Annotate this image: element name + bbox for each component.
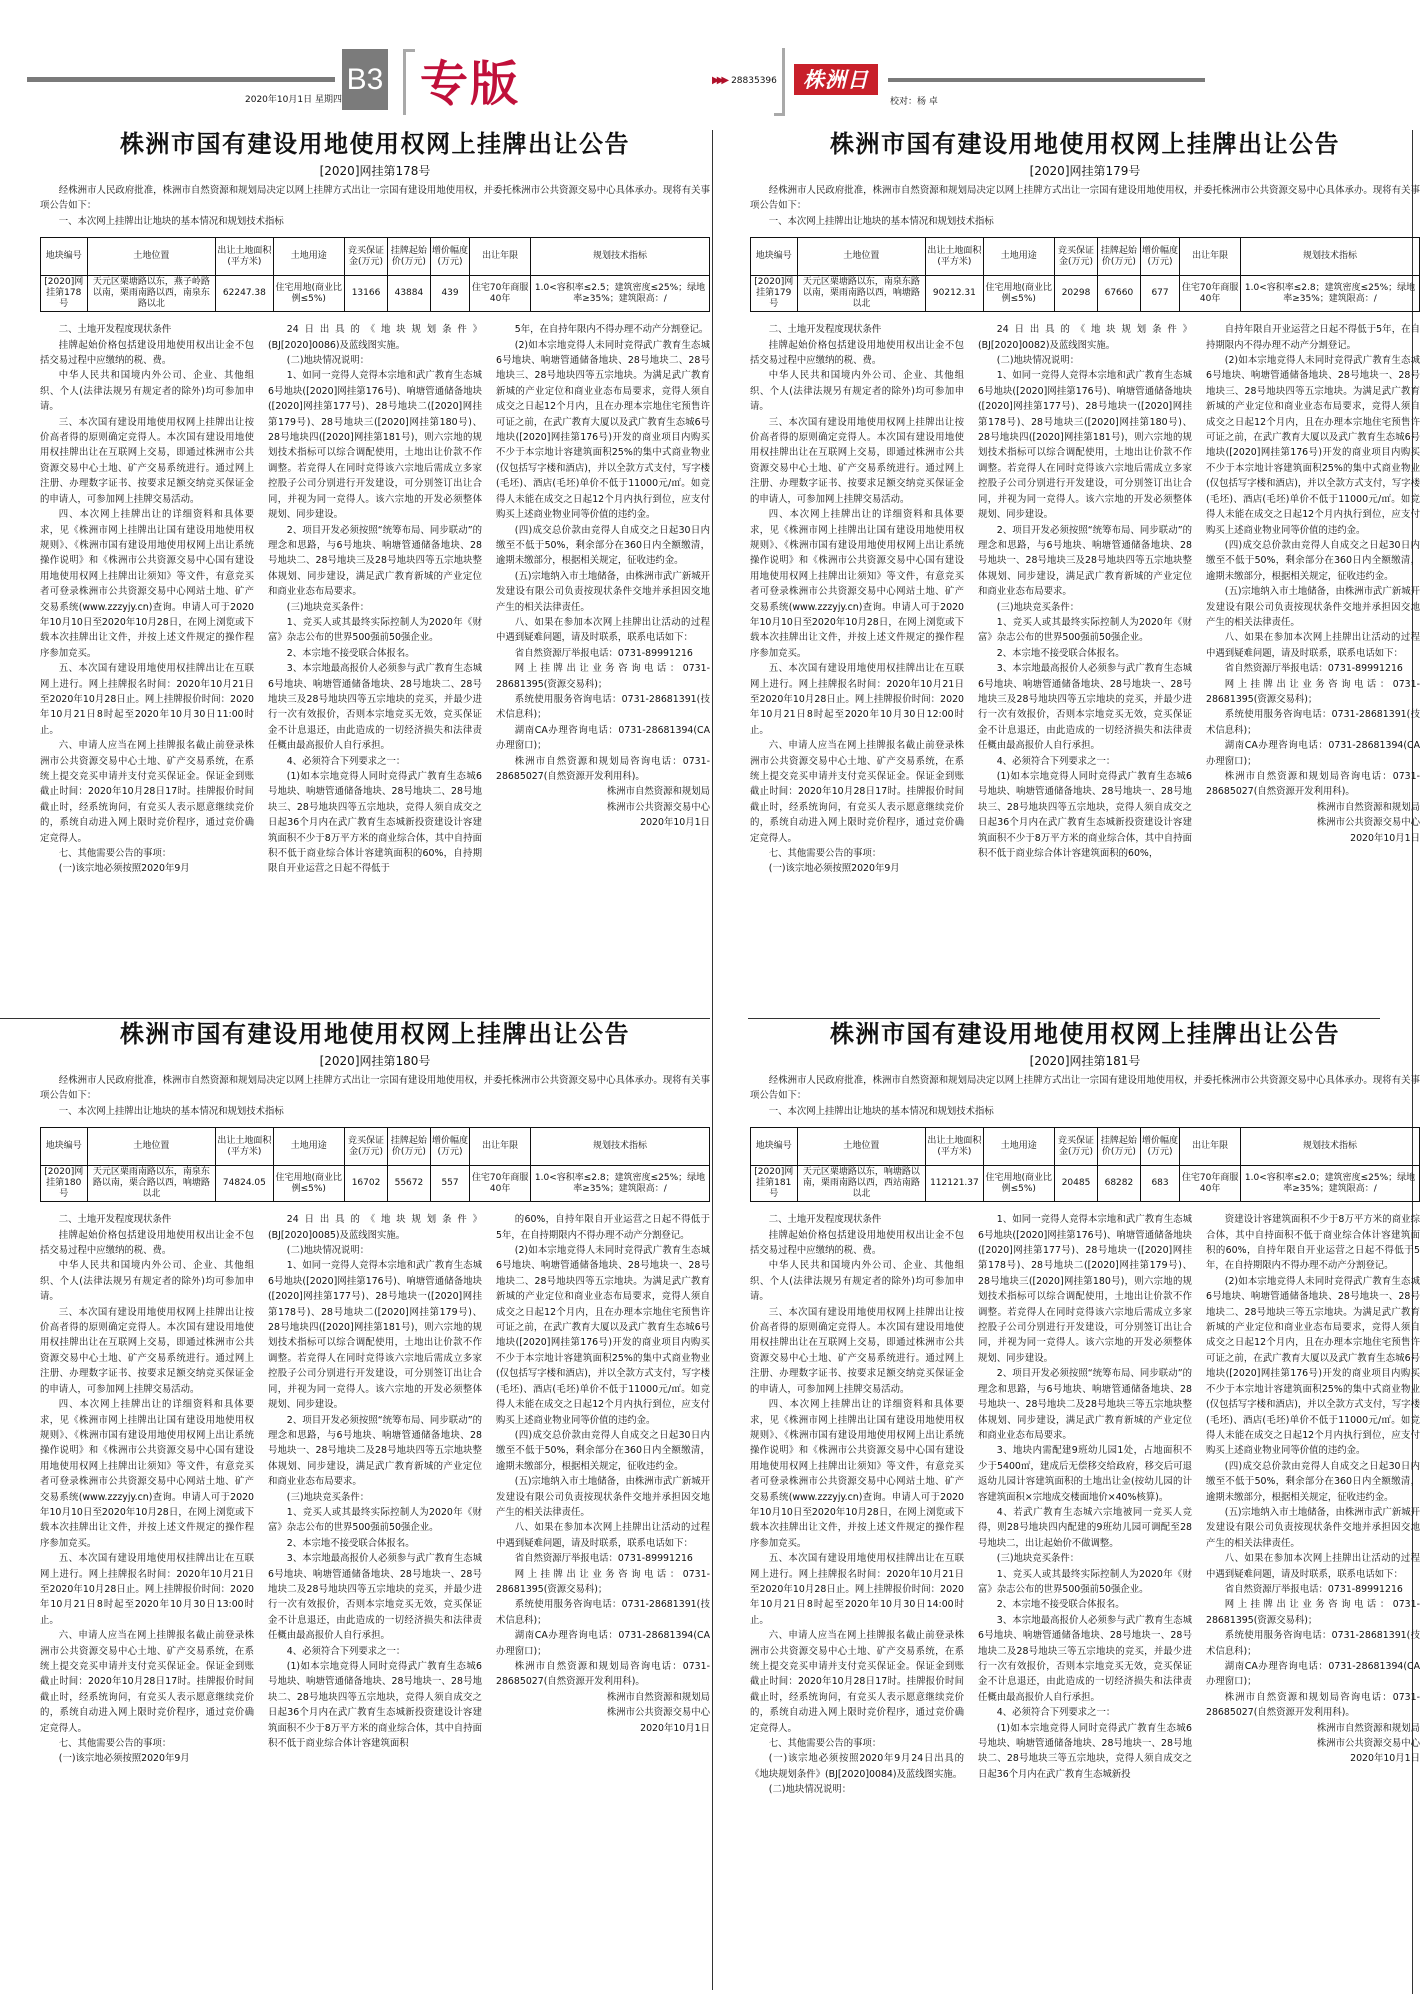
paragraph: 七、其他需要公告的事项： — [40, 1736, 254, 1751]
paragraph: 中华人民共和国境内外公司、企业、其他组织、个人(法律法规另有规定者的除外)均可参… — [40, 368, 254, 414]
table-cell: 住宅70年商服40年 — [470, 1166, 531, 1202]
table-cell: 683 — [1140, 1166, 1179, 1202]
body-column: 24日出具的《地块规划条件》(BJ[2020]0082)及蓝线图实施。(二)地块… — [978, 322, 1192, 877]
paragraph: (二)地块情况说明： — [268, 1243, 482, 1258]
table-cell: 住宅用地(商业比例≤5%) — [983, 276, 1055, 312]
table-header-cell: 土地用途 — [983, 238, 1055, 276]
paragraph: 六、申请人应当在网上挂牌报名截止前登录株洲市公共资源交易中心土地、矿产交易系统，… — [40, 738, 254, 846]
paragraph: (一)该宗地必须按照2020年9月 — [750, 861, 964, 876]
notice-intro: 经株洲市人民政府批准，株洲市自然资源和规划局决定以网上挂牌方式出让一宗国有建设用… — [40, 183, 710, 214]
body-column: 1、如同一竞得人竞得本宗地和武广教育生态城6号地块([2020]网挂第176号)… — [978, 1212, 1192, 1797]
paragraph: (三)地块竞买条件： — [268, 1490, 482, 1505]
body-column: 二、土地开发程度现状条件挂牌起始价格包括建设用地使用权出让金不包括交易过程中应缴… — [40, 322, 254, 877]
table-header-cell: 土地用途 — [273, 1128, 345, 1166]
paragraph: (一)该宗地必须按照2020年9月 — [40, 861, 254, 876]
paragraph: 五、本次国有建设用地使用权挂牌出让在互联网上进行。网上挂牌报名时间：2020年1… — [40, 1551, 254, 1628]
horizontal-divider-right — [748, 1018, 1380, 1019]
paragraph: 2、本宗地不接受联合体报名。 — [978, 1597, 1192, 1612]
masthead: 2020年10月1日 星期四 B3 专版 ▶▶▶ 28835396 株洲日报 校… — [0, 0, 1420, 130]
table-cell: 13166 — [345, 276, 388, 312]
section-heading: 一、本次网上挂牌出让地块的基本情况和规划技术指标 — [750, 1104, 1420, 1119]
paragraph: 2、本宗地不接受联合体报名。 — [268, 646, 482, 661]
land-parcel-table: 地块编号土地位置出让土地面积(平方米)土地用途竞买保证金(万元)挂牌起始价(万元… — [750, 237, 1420, 312]
table-header-cell: 竞买保证金(万元) — [345, 238, 388, 276]
body-columns: 二、土地开发程度现状条件挂牌起始价格包括建设用地使用权出让金不包括交易过程中应缴… — [40, 322, 710, 877]
table-cell: 16702 — [345, 1166, 388, 1202]
signature-line: 株洲市公共资源交易中心 — [1206, 1736, 1420, 1751]
table-header-cell: 增价幅度(万元) — [430, 1128, 469, 1166]
table-header-cell: 土地位置 — [797, 1128, 926, 1166]
masthead-rule-right — [888, 78, 1205, 82]
paragraph: 七、其他需要公告的事项： — [40, 846, 254, 861]
signature-line: 株洲市自然资源和规划局 — [1206, 1721, 1420, 1736]
body-column: 资建设计容建筑面积不少于8万平方米的商业综合体，其中自持面积不低于商业综合体计容… — [1206, 1212, 1420, 1797]
paragraph: 系统使用服务咨询电话：0731-28681391(技术信息科)； — [496, 692, 710, 723]
paragraph: 株洲市自然资源和规划局咨询电话：0731-28685027(自然资源开发利用科)… — [496, 1659, 710, 1690]
table-cell: 1.0<容积率≤2.8；建筑密度≤25%；绿地率≥35%；建筑限高：/ — [1241, 276, 1420, 312]
notice-title: 株洲市国有建设用地使用权网上挂牌出让公告 — [750, 1020, 1420, 1050]
body-column: 24日出具的《地块规划条件》(BJ[2020]0085)及蓝线图实施。(二)地块… — [268, 1212, 482, 1767]
paragraph: (2)如本宗地竞得人未同时竞得武广教育生态城6号地块、响塘管通储备地块、28号地… — [1206, 1274, 1420, 1459]
paragraph: 2、项目开发必须按照“统筹布局、同步联动”的理念和思路，与6号地块、响塘管通储备… — [268, 1413, 482, 1490]
notice-number: [2020]网挂第181号 — [750, 1053, 1420, 1069]
paragraph: 省自然资源厅举报电话：0731-89991216 — [1206, 661, 1420, 676]
table-cell: 62247.38 — [216, 276, 273, 312]
paragraph: 2、项目开发必须按照“统筹布局、同步联动”的理念和思路，与6号地块、响塘管通储备… — [978, 1366, 1192, 1443]
paragraph: (五)宗地纳入市土地储备，由株洲市武广新城开发建设有限公司负责按现状条件交地并承… — [1206, 584, 1420, 630]
issue-date: 2020年10月1日 星期四 — [245, 92, 342, 105]
paragraph: 3、本宗地最高报价人必须参与武广教育生态城6号地块、响塘管通储备地块、28号地块… — [978, 661, 1192, 753]
paragraph: (五)宗地纳入市土地储备，由株洲市武广新城开发建设有限公司负责按现状条件交地并承… — [496, 1474, 710, 1520]
paragraph: (三)地块竞买条件： — [268, 600, 482, 615]
table-header-cell: 地块编号 — [41, 1128, 88, 1166]
table-header-cell: 出让年限 — [470, 238, 531, 276]
table-cell: [2020]网挂第179号 — [751, 276, 798, 312]
paragraph: (1)如本宗地竞得人同时竞得武广教育生态城6号地块、响塘管通储备地块、28号地块… — [978, 1721, 1192, 1783]
table-cell: 439 — [430, 276, 469, 312]
table-cell: 55672 — [387, 1166, 430, 1202]
notice-intro: 经株洲市人民政府批准，株洲市自然资源和规划局决定以网上挂牌方式出让一宗国有建设用… — [750, 1073, 1420, 1104]
table-row: [2020]网挂第181号天元区栗塘路以东，响塘路以南，栗雨南路以西，西站南路以… — [751, 1166, 1420, 1202]
paragraph: 1、如同一竞得人竞得本宗地和武广教育生态城6号地块([2020]网挂第176号)… — [978, 368, 1192, 522]
body-column: 二、土地开发程度现状条件挂牌起始价格包括建设用地使用权出让金不包括交易过程中应缴… — [40, 1212, 254, 1767]
paragraph: 湖南CA办理咨询电话：0731-28681394(CA办理窗口)； — [1206, 1659, 1420, 1690]
signature-line: 株洲市公共资源交易中心 — [496, 1705, 710, 1720]
paragraph: (1)如本宗地竞得人同时竞得武广教育生态城6号地块、响塘管通储备地块、28号地块… — [268, 769, 482, 877]
table-header-cell: 规划技术指标 — [531, 1128, 710, 1166]
table-header-cell: 增价幅度(万元) — [430, 238, 469, 276]
body-column: 的60%，自持年限自开业运营之日起不得低于5年，在自持期限内不得办理不动产分割登… — [496, 1212, 710, 1767]
table-row: [2020]网挂第179号天元区栗塘路以东，南泉东路以南，栗雨南路以西，响塘路以… — [751, 276, 1420, 312]
paragraph: 5年，在自持年限内不得办理不动产分割登记。 — [496, 322, 710, 337]
signature-line: 株洲市公共资源交易中心 — [496, 800, 710, 815]
table-header-cell: 出让土地面积(平方米) — [926, 1128, 983, 1166]
paragraph: 1、如同一竞得人竞得本宗地和武广教育生态城6号地块([2020]网挂第176号)… — [978, 1212, 1192, 1366]
table-header-cell: 出让土地面积(平方米) — [216, 1128, 273, 1166]
paragraph: 二、土地开发程度现状条件 — [40, 1212, 254, 1227]
table-header-cell: 竞买保证金(万元) — [1055, 1128, 1098, 1166]
table-cell: 20485 — [1055, 1166, 1098, 1202]
paragraph: (2)如本宗地竞得人未同时竞得武广教育生态城6号地块、响塘管通储备地块、28号地… — [496, 338, 710, 523]
table-cell: 67660 — [1097, 276, 1140, 312]
paragraph: 八、如果在参加本次网上挂牌出让活动的过程中遇到疑难问题，请及时联系，联系电话如下… — [496, 1520, 710, 1551]
notice-179: 株洲市国有建设用地使用权网上挂牌出让公告 [2020]网挂第179号 经株洲市人… — [750, 130, 1420, 877]
table-cell: 住宅70年商服40年 — [1180, 276, 1241, 312]
paragraph: (2)如本宗地竞得人未同时竞得武广教育生态城6号地块、响塘管通储备地块、28号地… — [496, 1243, 710, 1428]
paragraph: (五)宗地纳入市土地储备，由株洲市武广新城开发建设有限公司负责按现状条件交地并承… — [1206, 1505, 1420, 1551]
paragraph: 三、本次国有建设用地使用权网上挂牌出让按价高者得的原则确定竞得人。本次国有建设用… — [40, 1305, 254, 1397]
table-header-cell: 挂牌起始价(万元) — [1097, 1128, 1140, 1166]
notice-title: 株洲市国有建设用地使用权网上挂牌出让公告 — [750, 130, 1420, 160]
paragraph: 中华人民共和国境内外公司、企业、其他组织、个人(法律法规另有规定者的除外)均可参… — [750, 1258, 964, 1304]
table-cell: 1.0<容积率≤2.0；建筑密度≤25%；绿地率≥35%；建筑限高：/ — [1241, 1166, 1420, 1202]
paragraph: 网上挂牌出让业务咨询电话：0731-28681395(资源交易科)； — [496, 661, 710, 692]
paragraph: 1、竞买人或其最终实际控制人为2020年《财富》杂志公布的世界500强前50强企… — [978, 615, 1192, 646]
paragraph: 挂牌起始价格包括建设用地使用权出让金不包括交易过程中应缴纳的税、费。 — [750, 338, 964, 369]
paragraph: 2、本宗地不接受联合体报名。 — [268, 1536, 482, 1551]
table-header-cell: 规划技术指标 — [1241, 1128, 1420, 1166]
paragraph: 七、其他需要公告的事项： — [750, 1736, 964, 1751]
land-parcel-table: 地块编号土地位置出让土地面积(平方米)土地用途竞买保证金(万元)挂牌起始价(万元… — [40, 1127, 710, 1202]
paragraph: (二)地块情况说明： — [750, 1782, 964, 1797]
paragraph: 四、本次网上挂牌出让的详细资料和具体要求，见《株洲市网上挂牌出让国有建设用地使用… — [750, 507, 964, 661]
paragraph: (1)如本宗地竞得人同时竞得武广教育生态城6号地块、响塘管通储备地块、28号地块… — [268, 1659, 482, 1751]
paragraph: 中华人民共和国境内外公司、企业、其他组织、个人(法律法规另有规定者的除外)均可参… — [40, 1258, 254, 1304]
paragraph: 2、项目开发必须按照“统筹布局、同步联动”的理念和思路，与6号地块、响塘管通储备… — [978, 523, 1192, 600]
body-columns: 二、土地开发程度现状条件挂牌起始价格包括建设用地使用权出让金不包括交易过程中应缴… — [750, 322, 1420, 877]
signature-line: 株洲市自然资源和规划局 — [496, 784, 710, 799]
table-header-cell: 规划技术指标 — [1241, 238, 1420, 276]
table-header-cell: 地块编号 — [751, 1128, 798, 1166]
signature-line: 2020年10月1日 — [496, 1721, 710, 1736]
paragraph: 三、本次国有建设用地使用权网上挂牌出让按价高者得的原则确定竞得人。本次国有建设用… — [40, 415, 254, 507]
table-cell: 557 — [430, 1166, 469, 1202]
notice-number: [2020]网挂第180号 — [40, 1053, 710, 1069]
paragraph: 四、本次网上挂牌出让的详细资料和具体要求，见《株洲市网上挂牌出让国有建设用地使用… — [40, 507, 254, 661]
signature-line: 2020年10月1日 — [496, 815, 710, 830]
table-header-cell: 挂牌起始价(万元) — [387, 238, 430, 276]
paragraph: 六、申请人应当在网上挂牌报名截止前登录株洲市公共资源交易中心土地、矿产交易系统，… — [40, 1628, 254, 1736]
paragraph: 省自然资源厅举报电话：0731-89991216 — [496, 1551, 710, 1566]
paragraph: 株洲市自然资源和规划局咨询电话：0731-28685027(自然资源开发利用科)… — [1206, 769, 1420, 800]
paragraph: 4、若武广教育生态城六宗地被同一竞买人竞得，则28号地块四内配建的9班幼儿园可调… — [978, 1505, 1192, 1551]
signature-line: 株洲市自然资源和规划局 — [1206, 800, 1420, 815]
paragraph: (三)地块竞买条件： — [978, 600, 1192, 615]
table-cell: 68282 — [1097, 1166, 1140, 1202]
paragraph: 系统使用服务咨询电话：0731-28681391(技术信息科)； — [1206, 1628, 1420, 1659]
section-heading: 一、本次网上挂牌出让地块的基本情况和规划技术指标 — [750, 214, 1420, 229]
paragraph: 网上挂牌出让业务咨询电话：0731-28681395(资源交易科)； — [496, 1567, 710, 1598]
paragraph: 五、本次国有建设用地使用权挂牌出让在互联网上进行。网上挂牌报名时间：2020年1… — [750, 661, 964, 738]
section-heading: 一、本次网上挂牌出让地块的基本情况和规划技术指标 — [40, 1104, 710, 1119]
paragraph: (一)该宗地必须按照2020年9月24日出具的《地块规划条件》(BJ[2020]… — [750, 1751, 964, 1782]
table-header-cell: 土地用途 — [983, 1128, 1055, 1166]
paragraph: 的60%，自持年限自开业运营之日起不得低于5年，在自持期限内不得办理不动产分割登… — [496, 1212, 710, 1243]
paragraph: 湖南CA办理咨询电话：0731-28681394(CA办理窗口)； — [496, 1628, 710, 1659]
paragraph: 2、本宗地不接受联合体报名。 — [978, 646, 1192, 661]
paragraph: 湖南CA办理咨询电话：0731-28681394(CA办理窗口)； — [496, 723, 710, 754]
paragraph: 挂牌起始价格包括建设用地使用权出让金不包括交易过程中应缴纳的税、费。 — [40, 1228, 254, 1259]
table-header-cell: 土地位置 — [797, 238, 926, 276]
paragraph: 系统使用服务咨询电话：0731-28681391(技术信息科)； — [496, 1597, 710, 1628]
paragraph: 挂牌起始价格包括建设用地使用权出让金不包括交易过程中应缴纳的税、费。 — [40, 338, 254, 369]
paragraph: 六、申请人应当在网上挂牌报名截止前登录株洲市公共资源交易中心土地、矿产交易系统，… — [750, 1628, 964, 1736]
paragraph: 1、竞买人或其最终实际控制人为2020年《财富》杂志公布的世界500强前50强企… — [268, 615, 482, 646]
table-cell: 90212.31 — [926, 276, 983, 312]
signature-line: 2020年10月1日 — [1206, 831, 1420, 846]
table-header-cell: 增价幅度(万元) — [1140, 1128, 1179, 1166]
paragraph: 二、土地开发程度现状条件 — [750, 1212, 964, 1227]
notice-title: 株洲市国有建设用地使用权网上挂牌出让公告 — [40, 130, 710, 160]
paragraph: 资建设计容建筑面积不少于8万平方米的商业综合体，其中自持面积不低于商业综合体计容… — [1206, 1212, 1420, 1274]
hotline: ▶▶▶ 28835396 — [712, 75, 777, 86]
paragraph: (三)地块竞买条件： — [978, 1551, 1192, 1566]
table-header-row: 地块编号土地位置出让土地面积(平方米)土地用途竞买保证金(万元)挂牌起始价(万元… — [41, 1128, 710, 1166]
table-cell: 43884 — [387, 276, 430, 312]
paragraph: 三、本次国有建设用地使用权网上挂牌出让按价高者得的原则确定竞得人。本次国有建设用… — [750, 415, 964, 507]
table-header-cell: 地块编号 — [41, 238, 88, 276]
table-header-cell: 土地位置 — [87, 1128, 216, 1166]
table-cell: 天元区栗塘路以东，燕子岭路以南，栗雨南路以西，南泉东路以北 — [87, 276, 216, 312]
bracket-left-decoration — [403, 49, 415, 115]
table-row: [2020]网挂第178号天元区栗塘路以东，燕子岭路以南，栗雨南路以西，南泉东路… — [41, 276, 710, 312]
notice-178: 株洲市国有建设用地使用权网上挂牌出让公告 [2020]网挂第178号 经株洲市人… — [40, 130, 710, 877]
paragraph: 二、土地开发程度现状条件 — [750, 322, 964, 337]
paragraph: 3、本宗地最高报价人必须参与武广教育生态城6号地块、响塘管通储备地块、28号地块… — [268, 1551, 482, 1643]
paragraph: (2)如本宗地竞得人未同时竞得武广教育生态城6号地块、响塘管通储备地块、28号地… — [1206, 353, 1420, 538]
proofreader-credit: 校对：杨 卓 — [890, 94, 938, 107]
notice-180: 株洲市国有建设用地使用权网上挂牌出让公告 [2020]网挂第180号 经株洲市人… — [40, 1020, 710, 1767]
paragraph: 4、必须符合下列要求之一： — [268, 1644, 482, 1659]
table-header-cell: 地块编号 — [751, 238, 798, 276]
paragraph: 4、必须符合下列要求之一： — [978, 1705, 1192, 1720]
table-cell: 1.0<容积率≤2.5；建筑密度≤25%；绿地率≥35%；建筑限高：/ — [531, 276, 710, 312]
notice-intro: 经株洲市人民政府批准，株洲市自然资源和规划局决定以网上挂牌方式出让一宗国有建设用… — [750, 183, 1420, 214]
table-cell: 74824.05 — [216, 1166, 273, 1202]
paragraph: (四)成交总价款由竞得人自成交之日起30日内缴至不低于50%，剩余部分在360日… — [496, 1428, 710, 1474]
signature-line: 2020年10月1日 — [1206, 1751, 1420, 1766]
table-header-cell: 出让年限 — [1180, 238, 1241, 276]
notice-181: 株洲市国有建设用地使用权网上挂牌出让公告 [2020]网挂第181号 经株洲市人… — [750, 1020, 1420, 1798]
table-row: [2020]网挂第180号天元区栗雨南路以东，南泉东路以南，栗合路以西，响塘路以… — [41, 1166, 710, 1202]
table-cell: 住宅用地(商业比例≤5%) — [983, 1166, 1055, 1202]
vertical-divider — [712, 130, 713, 1990]
page-number-badge: B3 — [342, 49, 388, 110]
table-header-cell: 出让年限 — [1180, 1128, 1241, 1166]
body-column: 24日出具的《地块规划条件》(BJ[2020]0086)及蓝线图实施。(二)地块… — [268, 322, 482, 877]
table-cell: 住宅用地(商业比例≤5%) — [273, 276, 345, 312]
paragraph: (一)该宗地必须按照2020年9月 — [40, 1751, 254, 1766]
triple-arrow-icon: ▶▶▶ — [712, 75, 726, 86]
table-header-cell: 规划技术指标 — [531, 238, 710, 276]
paragraph: 株洲市自然资源和规划局咨询电话：0731-28685027(自然资源开发利用科)… — [496, 754, 710, 785]
notice-number: [2020]网挂第179号 — [750, 163, 1420, 179]
table-cell: [2020]网挂第180号 — [41, 1166, 88, 1202]
table-cell: [2020]网挂第178号 — [41, 276, 88, 312]
paragraph: 24日出具的《地块规划条件》(BJ[2020]0086)及蓝线图实施。 — [268, 322, 482, 353]
paragraph: 系统使用服务咨询电话：0731-28681391(技术信息科)； — [1206, 707, 1420, 738]
paragraph: 1、竞买人或其最终实际控制人为2020年《财富》杂志公布的世界500强前50强企… — [268, 1505, 482, 1536]
paragraph: 湖南CA办理咨询电话：0731-28681394(CA办理窗口)； — [1206, 738, 1420, 769]
body-column: 二、土地开发程度现状条件挂牌起始价格包括建设用地使用权出让金不包括交易过程中应缴… — [750, 1212, 964, 1797]
paragraph: 八、如果在参加本次网上挂牌出让活动的过程中遇到疑难问题，请及时联系，联系电话如下… — [496, 615, 710, 646]
paragraph: 1、竞买人或其最终实际控制人为2020年《财富》杂志公布的世界500强前50强企… — [978, 1567, 1192, 1598]
body-column: 5年，在自持年限内不得办理不动产分割登记。(2)如本宗地竞得人未同时竞得武广教育… — [496, 322, 710, 877]
paragraph: 4、必须符合下列要求之一： — [268, 754, 482, 769]
table-cell: 住宅70年商服40年 — [1180, 1166, 1241, 1202]
table-header-row: 地块编号土地位置出让土地面积(平方米)土地用途竞买保证金(万元)挂牌起始价(万元… — [41, 238, 710, 276]
paragraph: 四、本次网上挂牌出让的详细资料和具体要求，见《株洲市网上挂牌出让国有建设用地使用… — [40, 1397, 254, 1551]
body-columns: 二、土地开发程度现状条件挂牌起始价格包括建设用地使用权出让金不包括交易过程中应缴… — [750, 1212, 1420, 1797]
table-header-cell: 挂牌起始价(万元) — [1097, 238, 1140, 276]
land-parcel-table: 地块编号土地位置出让土地面积(平方米)土地用途竞买保证金(万元)挂牌起始价(万元… — [40, 237, 710, 312]
table-header-cell: 竞买保证金(万元) — [345, 1128, 388, 1166]
table-header-cell: 出让土地面积(平方米) — [926, 238, 983, 276]
paragraph: 六、申请人应当在网上挂牌报名截止前登录株洲市公共资源交易中心土地、矿产交易系统，… — [750, 738, 964, 846]
table-cell: 天元区栗雨南路以东，南泉东路以南，栗合路以西，响塘路以北 — [87, 1166, 216, 1202]
paragraph: 五、本次国有建设用地使用权挂牌出让在互联网上进行。网上挂牌报名时间：2020年1… — [40, 661, 254, 738]
horizontal-divider-left — [0, 1018, 710, 1019]
paragraph: 挂牌起始价格包括建设用地使用权出让金不包括交易过程中应缴纳的税、费。 — [750, 1228, 964, 1259]
table-header-cell: 出让年限 — [470, 1128, 531, 1166]
section-title: 专版 — [420, 45, 520, 114]
paragraph: (四)成交总价款由竞得人自成交之日起30日内缴至不低于50%，剩余部分在360日… — [1206, 1459, 1420, 1505]
paragraph: 3、本宗地最高报价人必须参与武广教育生态城6号地块、响塘管通储备地块、28号地块… — [978, 1613, 1192, 1705]
table-cell: 112121.37 — [926, 1166, 983, 1202]
paragraph: 3、本宗地最高报价人必须参与武广教育生态城6号地块、响塘管通储备地块、28号地块… — [268, 661, 482, 753]
table-header-cell: 土地位置 — [87, 238, 216, 276]
paragraph: 2、项目开发必须按照“统筹布局、同步联动”的理念和思路，与6号地块、响塘管通储备… — [268, 523, 482, 600]
paragraph: 八、如果在参加本次网上挂牌出让活动的过程中遇到疑难问题，请及时联系，联系电话如下… — [1206, 630, 1420, 661]
paragraph: (二)地块情况说明： — [978, 353, 1192, 368]
paragraph: 自持年限自开业运营之日起不得低于5年，在自持期限内不得办理不动产分割登记。 — [1206, 322, 1420, 353]
paragraph: 五、本次国有建设用地使用权挂牌出让在互联网上进行。网上挂牌报名时间：2020年1… — [750, 1551, 964, 1628]
paragraph: 三、本次国有建设用地使用权网上挂牌出让按价高者得的原则确定竞得人。本次国有建设用… — [750, 1305, 964, 1397]
paragraph: 七、其他需要公告的事项： — [750, 846, 964, 861]
paragraph: 4、必须符合下列要求之一： — [978, 754, 1192, 769]
table-cell: 天元区栗塘路以东，南泉东路以南，栗雨南路以西，响塘路以北 — [797, 276, 926, 312]
paragraph: 株洲市自然资源和规划局咨询电话：0731-28685027(自然资源开发利用科)… — [1206, 1690, 1420, 1721]
paragraph: 中华人民共和国境内外公司、企业、其他组织、个人(法律法规另有规定者的除外)均可参… — [750, 368, 964, 414]
body-column: 二、土地开发程度现状条件挂牌起始价格包括建设用地使用权出让金不包括交易过程中应缴… — [750, 322, 964, 877]
paragraph: 二、土地开发程度现状条件 — [40, 322, 254, 337]
notice-intro: 经株洲市人民政府批准，株洲市自然资源和规划局决定以网上挂牌方式出让一宗国有建设用… — [40, 1073, 710, 1104]
table-header-cell: 出让土地面积(平方米) — [216, 238, 273, 276]
table-header-cell: 土地用途 — [273, 238, 345, 276]
table-cell: 住宅70年商服40年 — [470, 276, 531, 312]
paragraph: (五)宗地纳入市土地储备，由株洲市武广新城开发建设有限公司负责按现状条件交地并承… — [496, 569, 710, 615]
masthead-rule-left — [27, 77, 335, 82]
paragraph: 网上挂牌出让业务咨询电话：0731-28681395(资源交易科)； — [1206, 677, 1420, 708]
notice-number: [2020]网挂第178号 — [40, 163, 710, 179]
table-cell: 677 — [1140, 276, 1179, 312]
paragraph: 省自然资源厅举报电话：0731-89991216 — [496, 646, 710, 661]
paragraph: (1)如本宗地竞得人同时竞得武广教育生态城6号地块、响塘管通储备地块、28号地块… — [978, 769, 1192, 861]
paragraph: 四、本次网上挂牌出让的详细资料和具体要求，见《株洲市网上挂牌出让国有建设用地使用… — [750, 1397, 964, 1551]
body-column: 自持年限自开业运营之日起不得低于5年，在自持期限内不得办理不动产分割登记。(2)… — [1206, 322, 1420, 877]
paragraph: 1、如同一竞得人竞得本宗地和武广教育生态城6号地块([2020]网挂第176号)… — [268, 368, 482, 522]
table-cell: 1.0<容积率≤2.8；建筑密度≤25%；绿地率≥35%；建筑限高：/ — [531, 1166, 710, 1202]
land-parcel-table: 地块编号土地位置出让土地面积(平方米)土地用途竞买保证金(万元)挂牌起始价(万元… — [750, 1127, 1420, 1202]
table-header-row: 地块编号土地位置出让土地面积(平方米)土地用途竞买保证金(万元)挂牌起始价(万元… — [751, 1128, 1420, 1166]
table-header-cell: 挂牌起始价(万元) — [387, 1128, 430, 1166]
paragraph: 1、如同一竞得人竞得本宗地和武广教育生态城6号地块([2020]网挂第176号)… — [268, 1258, 482, 1412]
paragraph: 网上挂牌出让业务咨询电话：0731-28681395(资源交易科)； — [1206, 1597, 1420, 1628]
hotline-number: 28835396 — [731, 76, 777, 86]
table-cell: [2020]网挂第181号 — [751, 1166, 798, 1202]
paragraph: 24日出具的《地块规划条件》(BJ[2020]0082)及蓝线图实施。 — [978, 322, 1192, 353]
paragraph: 八、如果在参加本次网上挂牌出让活动的过程中遇到疑难问题，请及时联系，联系电话如下… — [1206, 1551, 1420, 1582]
newspaper-logo: 株洲日报 — [794, 64, 878, 95]
table-cell: 20298 — [1055, 276, 1098, 312]
paragraph: 24日出具的《地块规划条件》(BJ[2020]0085)及蓝线图实施。 — [268, 1212, 482, 1243]
signature-line: 株洲市自然资源和规划局 — [496, 1690, 710, 1705]
section-heading: 一、本次网上挂牌出让地块的基本情况和规划技术指标 — [40, 214, 710, 229]
paragraph: (二)地块情况说明： — [268, 353, 482, 368]
notice-title: 株洲市国有建设用地使用权网上挂牌出让公告 — [40, 1020, 710, 1050]
table-header-cell: 竞买保证金(万元) — [1055, 238, 1098, 276]
paragraph: 省自然资源厅举报电话：0731-89991216 — [1206, 1582, 1420, 1597]
signature-line: 株洲市公共资源交易中心 — [1206, 815, 1420, 830]
paragraph: (四)成交总价款由竞得人自成交之日起30日内缴至不低于50%，剩余部分在360日… — [1206, 538, 1420, 584]
table-cell: 天元区栗塘路以东，响塘路以南，栗雨南路以西，西站南路以北 — [797, 1166, 926, 1202]
paragraph: (四)成交总价款由竞得人自成交之日起30日内缴至不低于50%，剩余部分在360日… — [496, 523, 710, 569]
paragraph: 3、地块内需配建9班幼儿园1处，占地面积不少于5400㎡，建成后无偿移交给政府，… — [978, 1443, 1192, 1505]
bracket-right-decoration — [774, 48, 785, 116]
body-columns: 二、土地开发程度现状条件挂牌起始价格包括建设用地使用权出让金不包括交易过程中应缴… — [40, 1212, 710, 1767]
table-header-cell: 增价幅度(万元) — [1140, 238, 1179, 276]
table-cell: 住宅用地(商业比例≤5%) — [273, 1166, 345, 1202]
table-header-row: 地块编号土地位置出让土地面积(平方米)土地用途竞买保证金(万元)挂牌起始价(万元… — [751, 238, 1420, 276]
